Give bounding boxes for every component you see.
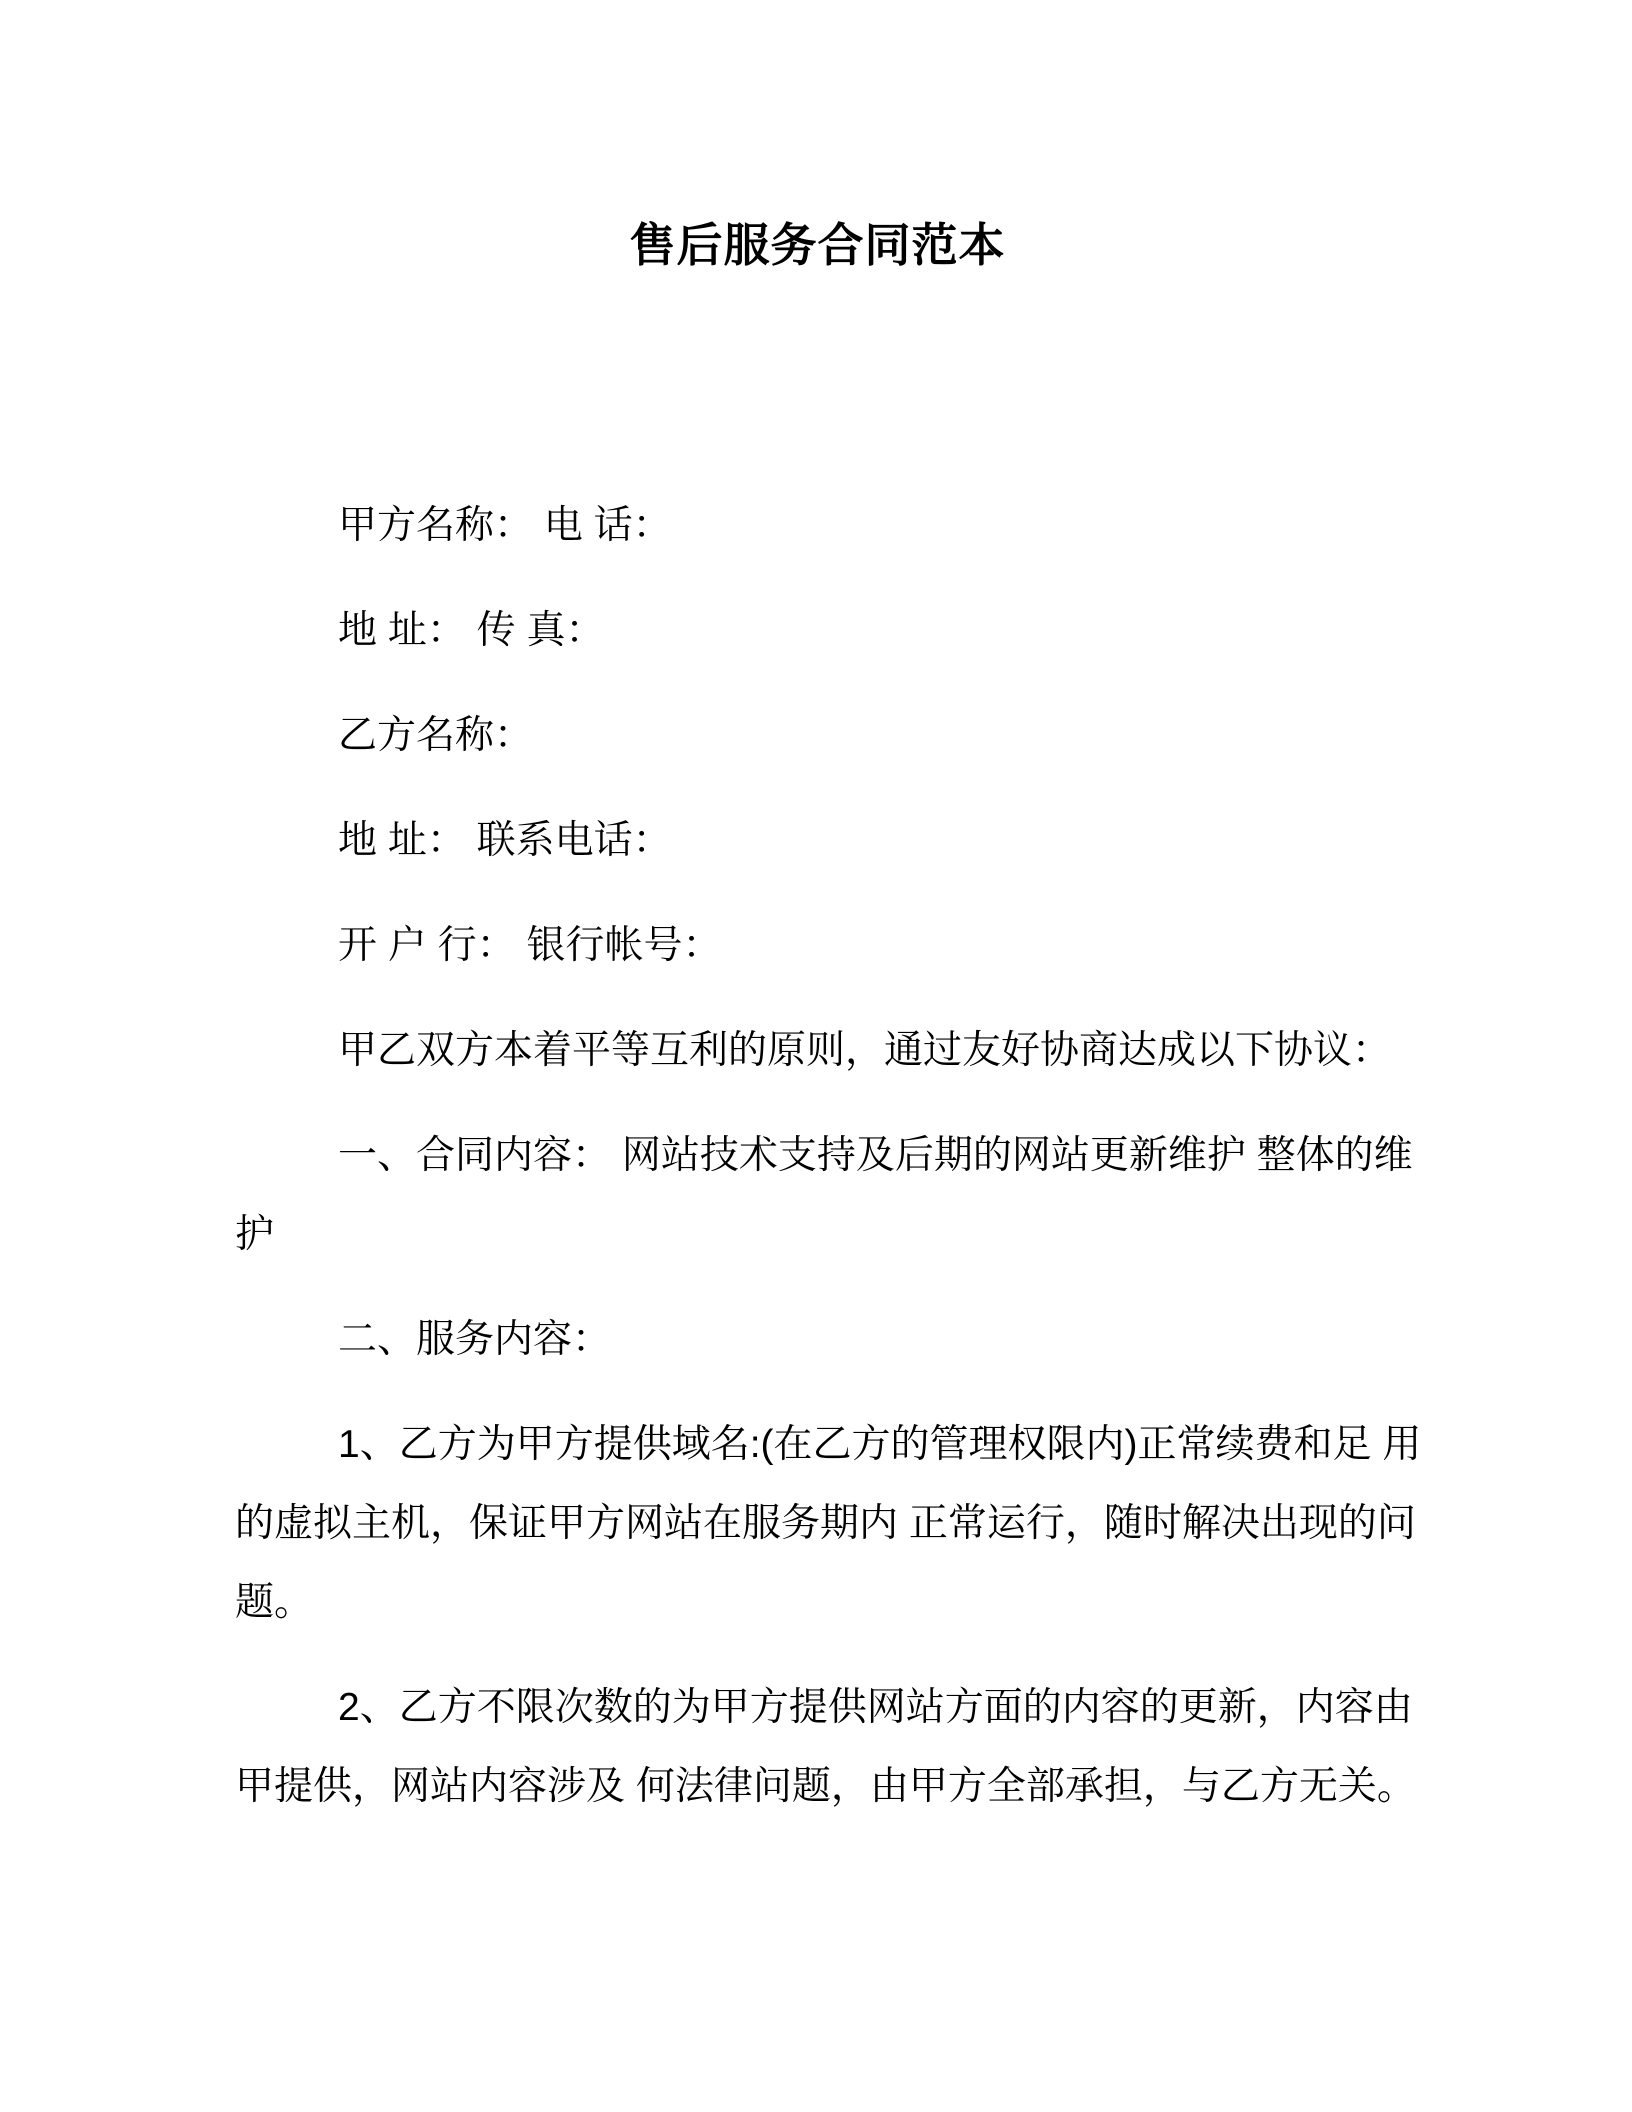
paragraph-section-2-service-content: 二、服务内容： — [235, 1300, 1400, 1379]
paragraph-service-item-2: 2、乙方不限次数的为甲方提供网站方面的内容的更新，内容由 甲提供，网站内容涉及 … — [235, 1668, 1400, 1826]
paragraph-line: 甲提供，网站内容涉及 何法律问题，由甲方全部承担，与乙方无关。 — [235, 1747, 1400, 1826]
paragraph-line: 乙方名称： — [235, 696, 1400, 775]
paragraph-line: 一、合同内容： 网站技术支持及后期的网站更新维护 整体的维 — [235, 1116, 1400, 1195]
paragraph-line: 2、乙方不限次数的为甲方提供网站方面的内容的更新，内容由 — [235, 1668, 1400, 1747]
paragraph-line: 题。 — [235, 1563, 1400, 1642]
paragraph-preamble: 甲乙双方本着平等互利的原则，通过友好协商达成以下协议： — [235, 1011, 1400, 1090]
paragraph-service-item-1: 1、乙方为甲方提供域名:(在乙方的管理权限内)正常续费和足 用 的虚拟主机，保证… — [235, 1405, 1400, 1642]
paragraph-party-a-name: 甲方名称： 电 话： — [235, 486, 1400, 565]
paragraph-line: 护 — [235, 1195, 1400, 1274]
paragraph-bank-account: 开 户 行： 银行帐号： — [235, 906, 1400, 985]
paragraph-line: 的虚拟主机，保证甲方网站在服务期内 正常运行，随时解决出现的问 — [235, 1484, 1400, 1563]
paragraph-line: 1、乙方为甲方提供域名:(在乙方的管理权限内)正常续费和足 用 — [235, 1405, 1400, 1484]
document-page: 售后服务合同范本 甲方名称： 电 话： 地 址： 传 真： 乙方名称： 地 址：… — [0, 0, 1632, 2112]
paragraph-section-1-contract-content: 一、合同内容： 网站技术支持及后期的网站更新维护 整体的维 护 — [235, 1116, 1400, 1274]
paragraph-line: 二、服务内容： — [235, 1300, 1400, 1379]
paragraph-party-b-name: 乙方名称： — [235, 696, 1400, 775]
paragraph-line: 地 址： 联系电话： — [235, 801, 1400, 880]
paragraph-party-b-address: 地 址： 联系电话： — [235, 801, 1400, 880]
paragraph-line: 甲方名称： 电 话： — [235, 486, 1400, 565]
paragraph-party-a-address: 地 址： 传 真： — [235, 591, 1400, 670]
paragraph-line: 地 址： 传 真： — [235, 591, 1400, 670]
paragraph-line: 开 户 行： 银行帐号： — [235, 906, 1400, 985]
paragraph-line: 甲乙双方本着平等互利的原则，通过友好协商达成以下协议： — [235, 1011, 1400, 1090]
document-title: 售后服务合同范本 — [235, 217, 1400, 273]
